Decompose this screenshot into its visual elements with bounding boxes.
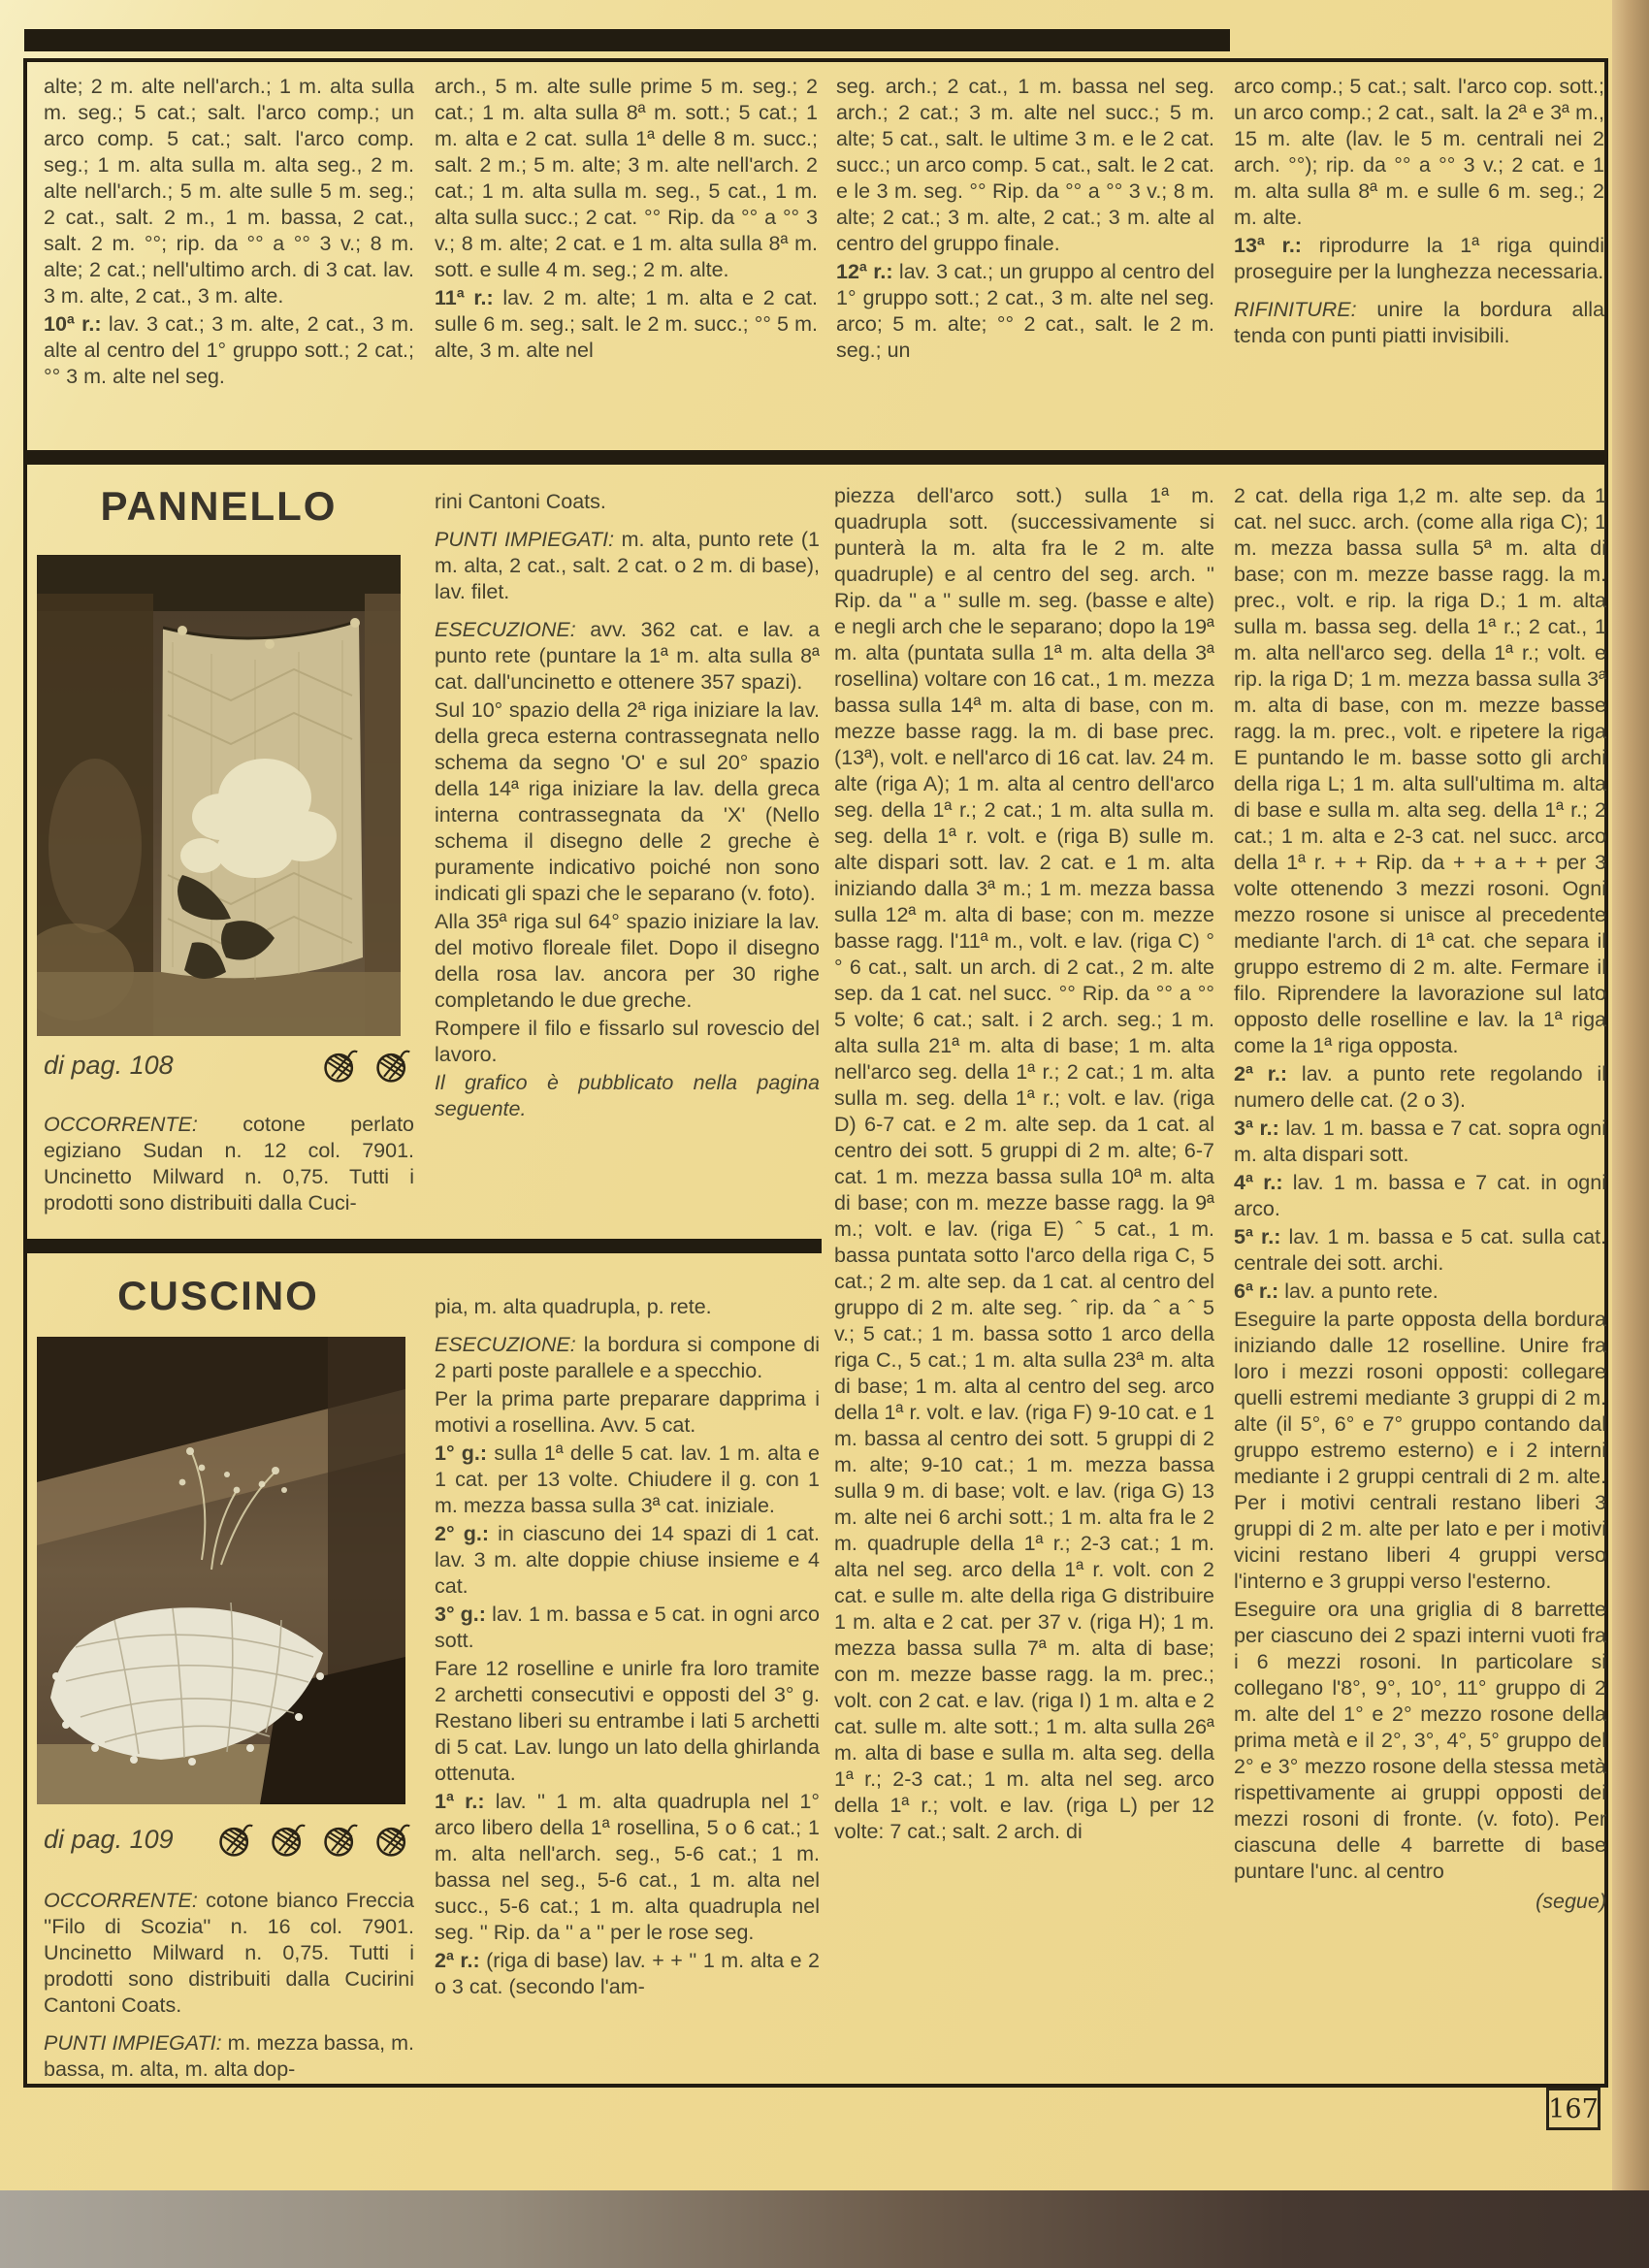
paragraph: 11ª r.: lav. 2 m. alte; 1 m. alta e 2 ca… [435,285,818,364]
cuscino-column-4: 2 cat. della riga 1,2 m. alte sep. da 1 … [1234,483,1606,1917]
paragraph-lead: ESECUZIONE: [435,618,590,641]
paragraph-lead: PUNTI IMPIEGATI: [44,2031,228,2055]
paragraph: RIFINITURE: unire la bordura alla tenda … [1234,297,1604,349]
paragraph-lead: 6ª r.: [1234,1280,1284,1303]
paragraph: arco comp.; 5 cat.; salt. l'arco cop. so… [1234,74,1604,231]
mid-divider-rule [24,450,1607,465]
yarn-ball-icon [373,1820,412,1859]
paragraph-lead: RIFINITURE: [1234,298,1376,321]
pannello-cuscino-divider [24,1239,822,1253]
paragraph: 10ª r.: lav. 3 cat.; 3 m. alte, 2 cat., … [44,311,414,390]
paragraph-lead: 2ª r.: [1234,1062,1302,1085]
paragraph: 3ª r.: lav. 1 m. bassa e 7 cat. sopra og… [1234,1116,1606,1168]
paragraph-lead: ESECUZIONE: [435,1333,584,1356]
paragraph: Eseguire la parte opposta della bordura … [1234,1307,1606,1595]
paragraph: PUNTI IMPIEGATI: m. mezza bassa, m. bass… [44,2030,414,2083]
paragraph: arch., 5 m. alte sulle prime 5 m. seg.; … [435,74,818,283]
paragraph: 6ª r.: lav. a punto rete. [1234,1279,1606,1305]
paragraph-lead: 2ª r.: [435,1949,486,1972]
paragraph-lead: 11ª r.: [435,286,502,309]
paragraph: 2° g.: in ciascuno dei 14 spazi di 1 cat… [435,1521,820,1600]
paragraph: Eseguire ora una griglia di 8 barrette p… [1234,1597,1606,1885]
paragraph: (segue) [1234,1889,1606,1915]
top-thin-rule [24,58,1607,62]
paragraph-lead: 12ª r.: [836,260,899,283]
paragraph-lead: OCCORRENTE: [44,1113,242,1136]
paragraph: ESECUZIONE: avv. 362 cat. e lav. a punto… [435,617,820,696]
paragraph-lead: 13ª r.: [1234,234,1319,257]
top-column-2: arch., 5 m. alte sulle prime 5 m. seg.; … [435,74,818,366]
paragraph: seg. arch.; 2 cat., 1 m. bassa nel seg. … [836,74,1214,257]
paragraph: alte; 2 m. alte nell'arch.; 1 m. alta su… [44,74,414,309]
paragraph: piezza dell'arco sott.) sulla 1ª m. quad… [834,483,1214,1845]
paragraph: Rompere il filo e fissarlo sul rovescio … [435,1016,820,1068]
top-column-4: arco comp.; 5 cat.; salt. l'arco cop. so… [1234,74,1604,351]
paragraph-lead: 3ª r.: [1234,1117,1285,1140]
paragraph: 1° g.: sulla 1ª delle 5 cat. lav. 1 m. a… [435,1441,820,1519]
pannello-left-text: OCCORRENTE: cotone perlato egiziano Suda… [44,1112,414,1218]
paragraph: Per la prima parte preparare dapprima i … [435,1386,820,1439]
paragraph: 12ª r.: lav. 3 cat.; un gruppo al centro… [836,259,1214,364]
cuscino-yarn-icons [216,1820,412,1859]
yarn-ball-icon [373,1046,412,1085]
scan-edge-bottom [0,2190,1649,2268]
pannello-column-2: rini Cantoni Coats.PUNTI IMPIEGATI: m. a… [435,489,820,1124]
paragraph: Alla 35ª riga sul 64° spazio iniziare la… [435,909,820,1014]
paragraph: OCCORRENTE: cotone perlato egiziano Suda… [44,1112,414,1216]
yarn-ball-icon [321,1820,360,1859]
paragraph-lead: OCCORRENTE: [44,1889,206,1912]
page-edge-right [1612,0,1649,2268]
paragraph: 3° g.: lav. 1 m. bassa e 5 cat. in ogni … [435,1602,820,1654]
paragraph: OCCORRENTE: cotone bianco Freccia ''Filo… [44,1888,414,2019]
paragraph-lead: 5ª r.: [1234,1225,1288,1248]
paragraph: Il grafico è pubblicato nella pagina seg… [435,1070,820,1122]
cuscino-photo [37,1337,405,1804]
pannello-caption: di pag. 108 [44,1051,174,1081]
paragraph: ESECUZIONE: la bordura si compone di 2 p… [435,1332,820,1384]
yarn-ball-icon [216,1820,255,1859]
cuscino-column-3: piezza dell'arco sott.) sulla 1ª m. quad… [834,483,1214,1847]
top-column-3: seg. arch.; 2 cat., 1 m. bassa nel seg. … [836,74,1214,366]
pannello-photo [37,555,401,1036]
cuscino-title: CUSCINO [29,1273,407,1319]
yarn-ball-icon [321,1046,360,1085]
paragraph-lead: 3° g.: [435,1603,492,1626]
cuscino-left-text: OCCORRENTE: cotone bianco Freccia ''Filo… [44,1888,414,2085]
paragraph: Sul 10° spazio della 2ª riga iniziare la… [435,697,820,907]
top-thick-rule [24,29,1230,51]
paragraph: 4ª r.: lav. 1 m. bassa e 7 cat. in ogni … [1234,1170,1606,1222]
paragraph: PUNTI IMPIEGATI: m. alta, punto rete (1 … [435,527,820,605]
paragraph-lead: PUNTI IMPIEGATI: [435,528,622,551]
yarn-ball-icon [269,1820,307,1859]
paragraph: 1ª r.: lav. '' 1 m. alta quadrupla nel 1… [435,1789,820,1946]
magazine-page: alte; 2 m. alte nell'arch.; 1 m. alta su… [0,0,1649,2268]
paragraph: 2 cat. della riga 1,2 m. alte sep. da 1 … [1234,483,1606,1059]
paragraph-lead: 10ª r.: [44,312,109,336]
cuscino-column-2: pia, m. alta quadrupla, p. rete.ESECUZIO… [435,1294,820,2002]
top-column-1: alte; 2 m. alte nell'arch.; 1 m. alta su… [44,74,414,392]
paragraph-lead: 1ª r.: [435,1790,496,1813]
paragraph: 5ª r.: lav. 1 m. bassa e 5 cat. sulla ca… [1234,1224,1606,1277]
cuscino-caption: di pag. 109 [44,1825,174,1855]
page-number: 167 [1546,2088,1600,2130]
pannello-title: PANNELLO [37,483,401,530]
cuscino-caption-row: di pag. 109 [44,1820,412,1859]
paragraph-lead: 1° g.: [435,1442,494,1465]
paragraph: 2ª r.: (riga di base) lav. + + '' 1 m. a… [435,1948,820,2000]
paragraph-lead: 4ª r.: [1234,1171,1293,1194]
pannello-caption-row: di pag. 108 [44,1046,412,1085]
paragraph: pia, m. alta quadrupla, p. rete. [435,1294,820,1320]
paragraph: Fare 12 roselline e unirle fra loro tram… [435,1656,820,1787]
paragraph: rini Cantoni Coats. [435,489,820,515]
pannello-yarn-icons [321,1046,412,1085]
paragraph: 2ª r.: lav. a punto rete regolando il nu… [1234,1061,1606,1114]
paragraph: 13ª r.: riprodurre la 1ª riga quindi pro… [1234,233,1604,285]
left-margin-rule [23,58,27,2088]
paragraph-lead: 2° g.: [435,1522,498,1545]
